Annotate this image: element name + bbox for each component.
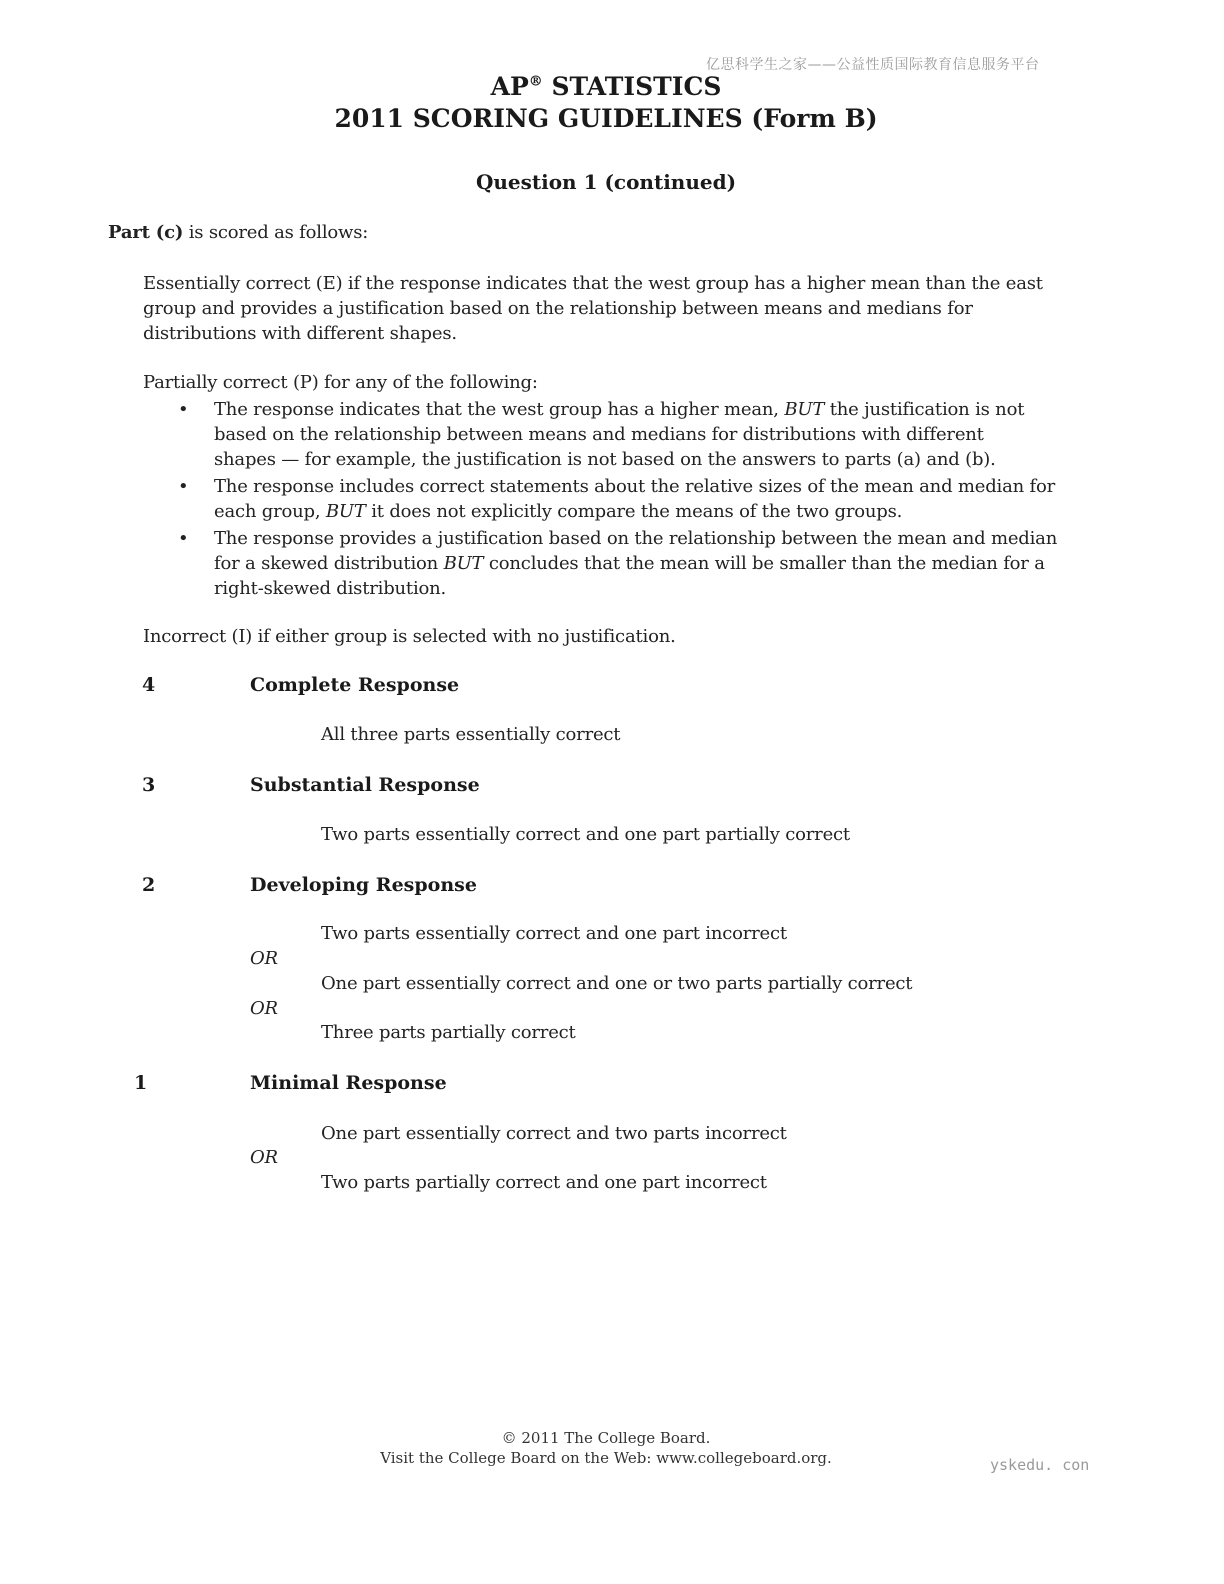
or-separator: OR [250,998,278,1019]
bullet-icon: • [178,397,188,422]
emphasis: BUT [444,553,484,574]
text-segment: The response provides a justification ba… [214,528,1057,549]
score-heading: Substantial Response [250,774,480,796]
text-segment: right-skewed distribution. [214,578,446,599]
score-description: Two parts essentially correct and one pa… [321,923,787,944]
text-line: shapes — for example, the justification … [214,447,1057,472]
score-heading: Developing Response [250,874,477,896]
page-subtitle: 2011 SCORING GUIDELINES (Form B) [0,104,1212,133]
text-line: right-skewed distribution. [214,576,1057,601]
text-segment: The response includes correct statements… [214,476,1055,497]
partially-correct-list: •The response indicates that the west gr… [170,397,1057,603]
list-item: •The response indicates that the west gr… [170,397,1057,472]
list-item: •The response includes correct statement… [170,474,1057,524]
score-description: Two parts essentially correct and one pa… [321,824,850,845]
text-segment: shapes — for example, the justification … [214,449,996,470]
essentially-correct-paragraph: Essentially correct (E) if the response … [143,271,1043,346]
score-description: One part essentially correct and two par… [321,1123,787,1144]
watermark-top: 亿思科学生之家——公益性质国际教育信息服务平台 [706,54,1040,74]
score-heading: Minimal Response [250,1072,447,1094]
footer-copyright: © 2011 The College Board. [0,1429,1212,1447]
partially-correct-intro: Partially correct (P) for any of the fol… [143,370,538,395]
registered-mark: ® [529,74,543,90]
text-line: each group, BUT it does not explicitly c… [214,499,1057,524]
text-line: based on the relationship between means … [214,422,1057,447]
text-segment: the justification is not [824,399,1024,420]
text-segment: based on the relationship between means … [214,424,984,445]
emphasis: BUT [784,399,824,420]
text-line: for a skewed distribution BUT concludes … [214,551,1057,576]
text-segment: for a skewed distribution [214,553,444,574]
page-title: AP® STATISTICS [0,72,1212,101]
text-segment: concludes that the mean will be smaller … [483,553,1044,574]
watermark-bottom: yskedu. con [990,1456,1089,1474]
score-description: All three parts essentially correct [321,724,620,745]
bullet-icon: • [178,526,188,551]
score-description: Three parts partially correct [321,1022,576,1043]
score-value: 2 [142,874,155,896]
text-line: The response includes correct statements… [214,474,1057,499]
score-value: 3 [142,774,155,796]
text-line: group and provides a justification based… [143,296,1043,321]
or-separator: OR [250,1147,278,1168]
or-separator: OR [250,948,278,969]
score-description: One part essentially correct and one or … [321,973,912,994]
list-item: •The response provides a justification b… [170,526,1057,601]
part-intro: Part (c) is scored as follows: [108,222,368,243]
text-line: Essentially correct (E) if the response … [143,271,1043,296]
score-value: 1 [134,1072,147,1094]
emphasis: BUT [326,501,366,522]
question-heading: Question 1 (continued) [0,170,1212,194]
text-line: distributions with different shapes. [143,321,1043,346]
score-description: Two parts partially correct and one part… [321,1172,767,1193]
text-segment: it does not explicitly compare the means… [366,501,902,522]
score-value: 4 [142,674,155,696]
score-heading: Complete Response [250,674,459,696]
bullet-icon: • [178,474,188,499]
text-line: The response provides a justification ba… [214,526,1057,551]
text-segment: The response indicates that the west gro… [214,399,784,420]
part-label: Part (c) [108,222,183,243]
text-segment: each group, [214,501,326,522]
text-line: The response indicates that the west gro… [214,397,1057,422]
incorrect-paragraph: Incorrect (I) if either group is selecte… [143,624,676,649]
